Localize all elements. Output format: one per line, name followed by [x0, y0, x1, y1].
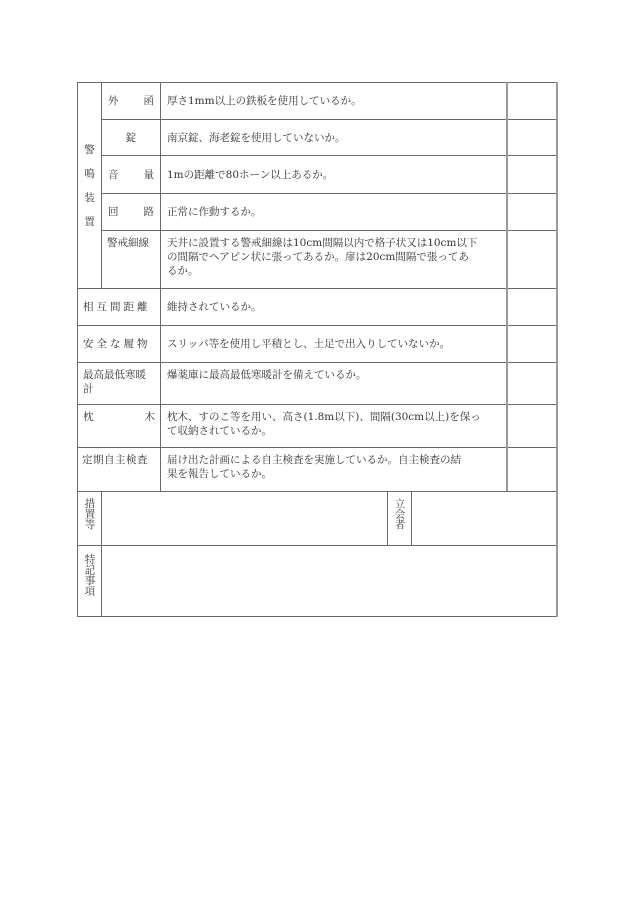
- measures-label: 措置等: [78, 492, 101, 545]
- label-part: 錠: [126, 131, 137, 145]
- criterion-casing: 厚さ1mm以上の鉄板を使用しているか。: [161, 83, 506, 119]
- criterion-thermometer: 爆薬庫に最高最低寒暖計を備えているか。: [161, 363, 506, 404]
- row-label-safe-footwear: 安全な履物: [78, 326, 160, 362]
- label-part: 木: [145, 410, 156, 424]
- label-part: 函: [144, 94, 155, 108]
- row-label-thermometer: 最高最低寒暖 計: [78, 363, 160, 404]
- row-label-periodic-inspection: 定期自主検査: [78, 448, 160, 491]
- check-cell[interactable]: [508, 289, 556, 325]
- criterion-sleepers: 枕木、すのこ等を用い、高さ(1.8m以下)、間隔(30cm以上)を保っ て収納さ…: [161, 405, 506, 447]
- remarks-label: 特記事項: [78, 546, 101, 616]
- criterion-safe-footwear: スリッパ等を使用し平積とし、土足で出入りしていないか。: [161, 326, 506, 362]
- witness-label: 立会者: [388, 492, 411, 545]
- remarks-label-text: 特記事項: [83, 554, 97, 616]
- label-line: 計: [83, 382, 155, 396]
- measures-label-text: 措置等: [83, 498, 97, 545]
- criterion-alarm-wire: 天井に設置する警戒細線は10cm間隔以内で格子状又は10cm以下 の間隔でヘアピ…: [161, 231, 506, 288]
- label-part: 回: [108, 205, 119, 219]
- criterion-line: 果を報告しているか。: [167, 467, 500, 481]
- row-label-alarm-wire: 警戒細線: [102, 231, 160, 288]
- criterion-periodic-inspection: 届け出た計画による自主検査を実施しているか。自主検査の結 果を報告しているか。: [161, 448, 506, 491]
- witness-label-text: 立会者: [393, 498, 407, 545]
- witness-input-area[interactable]: [412, 492, 556, 545]
- label-part: 枕: [83, 410, 94, 424]
- group-label-char: 置: [84, 215, 95, 229]
- check-cell[interactable]: [508, 448, 556, 491]
- check-cell[interactable]: [508, 405, 556, 447]
- label-part: 外: [108, 94, 119, 108]
- criterion-line: の間隔でヘアピン状に張ってあるか。扉は20cm間隔で張ってあ: [167, 250, 500, 264]
- criterion-line: 届け出た計画による自主検査を実施しているか。自主検査の結: [167, 453, 500, 467]
- row-label-lock: 錠: [102, 120, 160, 155]
- row-label-sleepers: 枕 木: [78, 405, 160, 447]
- check-cell[interactable]: [508, 120, 556, 155]
- label-part: 路: [144, 205, 155, 219]
- criterion-line: 枕木、すのこ等を用い、高さ(1.8m以下)、間隔(30cm以上)を保っ: [167, 410, 500, 424]
- criterion-volume: 1mの距離で80ホーン以上あるか。: [161, 156, 506, 193]
- criterion-line: るか。: [167, 264, 500, 278]
- row-label-mutual-distance: 相互間距離: [78, 289, 160, 325]
- row-label-circuit: 回 路: [102, 194, 160, 230]
- check-cell[interactable]: [508, 326, 556, 362]
- measures-input-area[interactable]: [102, 492, 387, 545]
- label-part: 音: [108, 168, 119, 182]
- label-part: 量: [144, 168, 155, 182]
- criterion-circuit: 正常に作動するか。: [161, 194, 506, 230]
- group-label-char: 鳴: [84, 167, 95, 181]
- check-cell[interactable]: [508, 156, 556, 193]
- row-label-casing: 外 函: [102, 83, 160, 119]
- criterion-lock: 南京錠、海老錠を使用していないか。: [161, 120, 506, 155]
- row-label-volume: 音 量: [102, 156, 160, 193]
- check-cell[interactable]: [508, 363, 556, 404]
- group-label-char: 装: [84, 191, 95, 205]
- criterion-mutual-distance: 維持されているか。: [161, 289, 506, 325]
- label-line: 最高最低寒暖: [83, 368, 155, 382]
- criterion-line: て収納されているか。: [167, 424, 500, 438]
- check-cell[interactable]: [508, 194, 556, 230]
- criterion-line: 天井に設置する警戒細線は10cm間隔以内で格子状又は10cm以下: [167, 236, 500, 250]
- inspection-checklist-page: 警 鳴 装 置 外 函 厚さ1mm以上の鉄板を使用しているか。 錠 南京錠、海老…: [0, 0, 630, 915]
- remarks-input-area[interactable]: [102, 546, 556, 616]
- group-label-alarm-device: 警 鳴 装 置: [78, 83, 101, 288]
- table-border-bottom: [77, 616, 558, 617]
- group-label-char: 警: [84, 143, 95, 157]
- check-cell[interactable]: [508, 231, 556, 288]
- table-border-right: [556, 82, 558, 617]
- check-cell[interactable]: [508, 83, 556, 119]
